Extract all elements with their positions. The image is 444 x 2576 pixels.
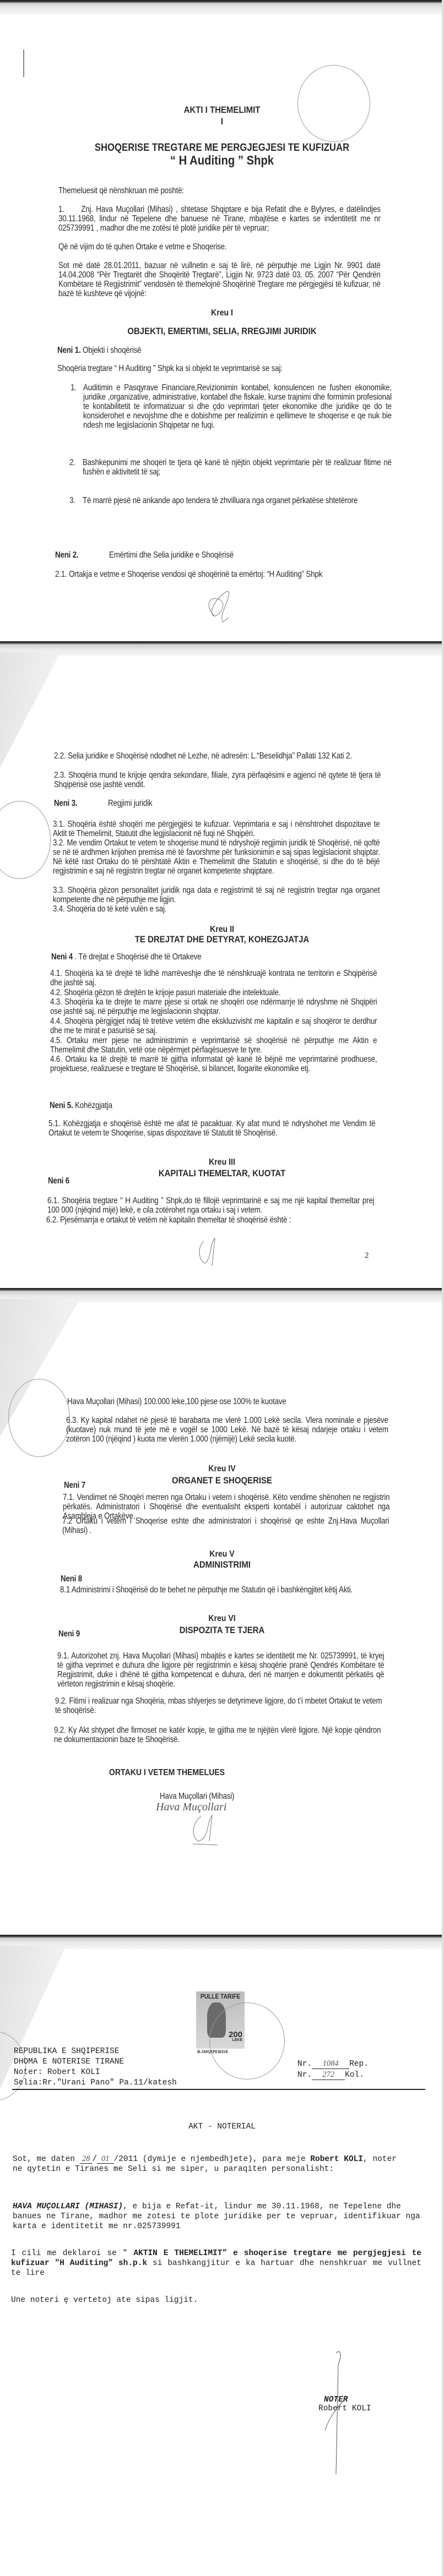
paragraph-8-1: 8.1 Administrimi i Shoqërisë do te behet… xyxy=(60,1585,387,1595)
page-border xyxy=(442,0,444,641)
paragraph-6-3: 6.3. Ky kapital ndahet në pjesë të barab… xyxy=(66,1416,388,1444)
object-item: Bashkepunimi me shoqeri te tjera që kanë… xyxy=(83,458,392,477)
article-title: Kohëzgjatja xyxy=(73,1101,112,1110)
staple-mark xyxy=(23,50,24,77)
page-border xyxy=(442,1935,444,2576)
paragraph-9-3: 9.2. Ky Akt shtypet dhe firmoset ne katë… xyxy=(54,1726,381,1744)
initials-signature xyxy=(193,1230,226,1269)
article-2-label: Neni 2. xyxy=(55,550,84,560)
object-number: 2. xyxy=(69,458,79,467)
notary-stamp xyxy=(297,65,370,142)
declaration: I cili me deklaroi se " AKTIN E THEMELIM… xyxy=(11,2248,421,2278)
chapter-1-title: OBJEKTI, EMERTIMI, SELIA, RREGJIMI JURID… xyxy=(26,326,417,337)
signatory-name: Hava Muçollari (Mihasi) xyxy=(160,1792,302,1801)
intro-text: Sot, me daten xyxy=(13,2155,80,2164)
paragraph-9-1: 9.1. Autorizohet znj. Hava Muçollari (Mi… xyxy=(57,1651,384,1689)
article-1-heading: Neni 1. Objekti i shoqërisë xyxy=(57,346,380,355)
date-month: 01 xyxy=(97,2154,114,2164)
article-7-label: Neni 7 xyxy=(64,1481,111,1490)
article-6-label: Neni 6 xyxy=(48,1176,95,1186)
tax-stamp-title: PULLE TARIFE xyxy=(200,1993,241,2000)
object-number: 1. xyxy=(71,383,80,392)
page-2: 2.2. Selia juridike e Shoqërisë ndodhet … xyxy=(0,641,444,1291)
person-name: HAVA MUÇOLLARI (MIHASI) xyxy=(13,2202,123,2211)
paragraph-2-1: 2.1. Ortakja e vetme e Shoqerise vendosi… xyxy=(55,570,387,579)
preamble: Sot më datë 28.01.2011, bazuar në vullne… xyxy=(58,261,381,298)
paragraph-9-2: 9.2. Fitimi i realizuar nga Shoqëria, mb… xyxy=(55,1696,382,1715)
date-year-text: /2011 (dymije e njembedhjete), para meje xyxy=(114,2155,311,2164)
article-title: . Të drejtat e Shoqërisë dhe të Ortakeve xyxy=(73,952,202,962)
page-4: PULLE TARIFE 200 LEKE R.SHQIPERISE REPUB… xyxy=(0,1935,444,2576)
page-border xyxy=(442,641,444,1291)
article-3-title: Regjimi juridik xyxy=(108,799,297,808)
paragraph-4-5: 4.5. Ortaku merr pjese ne administrimin … xyxy=(50,1036,377,1055)
date-day: 28 xyxy=(80,2154,93,2164)
notary-stamp xyxy=(0,801,51,879)
chapter-4-label: Kreu IV xyxy=(26,1464,417,1474)
notary-stamp xyxy=(209,2002,285,2080)
initials-signature xyxy=(187,1811,231,1849)
page-number: 2 xyxy=(365,1251,369,1260)
article-5-heading: Neni 5. Kohëzgjatja xyxy=(50,1101,376,1110)
person-identification: HAVA MUÇOLLARI (MIHASI), e bija e Refat-… xyxy=(13,2202,423,2231)
paragraph-3-4: 3.4. Shoqëria do të ketë vulën e saj. xyxy=(53,904,380,914)
object-item: Auditimin e Pasqyrave Financiare,Revizio… xyxy=(83,383,392,430)
notarial-act-title: AKT - NOTERIAL xyxy=(0,2122,444,2132)
kol-label: Kol. xyxy=(345,2071,364,2080)
repertory-number: Nr.1084Rep. xyxy=(297,2059,369,2069)
paragraph-5-1: 5.1. Kohëzgjatja e shoqërisë është me af… xyxy=(48,1119,375,1138)
scan-edge xyxy=(0,1935,444,1949)
notary-name: Noter: Robert KOLI xyxy=(14,2067,100,2077)
header-divider xyxy=(12,2089,425,2090)
article-9-label: Neni 9 xyxy=(58,1629,106,1639)
initials-signature xyxy=(198,583,237,633)
paragraph-3-1: 3.1. Shoqëria është shoqëri me përgjegjë… xyxy=(53,820,380,838)
chapter-6-label: Kreu VI xyxy=(26,1614,417,1624)
notary-stamp xyxy=(8,1379,70,1457)
notary-name-bold: Robert KOLI xyxy=(310,2155,363,2164)
object-item: Të marrë pjesë në ankande apo tendera të… xyxy=(83,496,392,505)
signatories-title: ORTAKU I VETEM THEMELUES xyxy=(0,1768,362,1778)
chapter-2-title: TE DREJTAT DHE DETYRAT, KOHEZGJATJA xyxy=(26,934,417,945)
paragraph-3-2: 3.2. Me vendim Ortakut te vetem te shoqe… xyxy=(53,838,380,876)
paragraph-4-3: 4.3. Shoqëria ka te drejte te marre pjes… xyxy=(50,997,377,1016)
document-title-numeral: I xyxy=(26,116,417,127)
nr-label: Nr. xyxy=(297,2071,312,2080)
partner-designation: Që në vijim do të quhen Ortake e vetme e… xyxy=(58,242,381,252)
share-line: Hava Muçollari (Mihasi) 100.000 leke,100… xyxy=(67,1397,389,1406)
article-3-label: Neni 3. xyxy=(54,799,83,808)
page-border xyxy=(442,1288,444,1938)
collection-number: Nr.272Kol. xyxy=(297,2070,364,2080)
article-label: Neni 5. xyxy=(50,1101,73,1110)
chapter-1-label: Kreu I xyxy=(26,308,417,318)
paragraph-6-1: 6.1. Shoqëria tregtare “ H Auditing ” Sh… xyxy=(47,1196,374,1215)
article-label: Neni 4 xyxy=(51,952,73,962)
chapter-5-title: ADMINISTRIMI xyxy=(26,1559,417,1570)
notary-address: Selia:Rr."Urani Pano" Pa.11/katesh xyxy=(14,2078,177,2088)
paragraph-2-3: 2.3. Shoqëria mund te krijoje qendra sek… xyxy=(54,771,381,789)
object-intro: Shoqëria tregtare “ H Auditing ” Shpk ka… xyxy=(57,364,380,373)
paragraph-4-2: 4.2. Shoqëria gëzon të drejtën te krijoj… xyxy=(50,988,377,997)
scan-edge xyxy=(0,0,444,14)
document-subtitle: SHOQERISE TREGTARE ME PERGJEGJESI TE KUF… xyxy=(26,142,417,154)
founder-details: Znj. Hava Muçollari (Mihasi) , shtetase … xyxy=(58,205,381,233)
chapter-5-label: Kreu V xyxy=(26,1549,417,1559)
object-number: 3. xyxy=(69,496,79,505)
intro-text: Themeluesit që nënshkruan më poshtë: xyxy=(58,186,381,195)
page-3: Hava Muçollari (Mihasi) 100.000 leke,100… xyxy=(0,1288,444,1938)
page-fold-shadow xyxy=(0,652,61,768)
chapter-2-label: Kreu II xyxy=(26,925,417,935)
kol-number-value: 272 xyxy=(312,2070,345,2080)
rep-number-value: 1084 xyxy=(312,2059,349,2069)
certification: Une noteri ę vertetoj ate sipas ligjit. xyxy=(11,2295,397,2305)
notary-header-line-2: DHOMA E NOTERISE TIRANE xyxy=(14,2057,124,2067)
paragraph-6-2: 6.2. Pjesëmarrja e ortakut të vetëm në k… xyxy=(46,1215,373,1225)
paragraph-7-2: 7.2 Ortaku i vetem i Shoqerise eshte dhe… xyxy=(62,1516,389,1535)
article-2-title: Emërtimi dhe Selia juridike e Shoqërisë xyxy=(109,550,346,560)
scan-edge xyxy=(0,641,444,656)
article-label: Neni 1. xyxy=(57,346,81,355)
company-name: “ H Auditing ” Shpk xyxy=(26,153,417,168)
paragraph-4-6: 4.6. Ortaku ka të drejtë të marrë të gji… xyxy=(50,1055,377,1073)
chapter-3-label: Kreu III xyxy=(26,1158,417,1167)
notarial-intro: Sot, me daten 28/01/2011 (dymije e njemb… xyxy=(13,2154,398,2174)
paragraph-3-3: 3.3. Shoqëria gëzon personalitet juridik… xyxy=(53,886,380,904)
paragraph-4-1: 4.1. Shoqëria ka të drejtë të lidhë marr… xyxy=(50,969,377,987)
paragraph-4-4: 4.4. Shoqëria përgjigjet ndaj të tretëve… xyxy=(50,1017,377,1035)
declaration-text: I cili me deklaroi se " xyxy=(11,2249,133,2258)
nr-label: Nr. xyxy=(297,2060,312,2069)
article-title: Objekti i shoqërisë xyxy=(81,346,142,355)
rep-label: Rep. xyxy=(349,2060,369,2069)
paragraph-2-2: 2.2. Selia juridike e Shoqërisë ndodhet … xyxy=(54,751,381,761)
page-1: AKTI I THEMELIMIT I SHOQERISE TREGTARE M… xyxy=(0,0,444,641)
article-4-heading: Neni 4 . Të drejtat e Shoqërisë dhe të O… xyxy=(51,952,378,962)
article-8-label: Neni 8 xyxy=(61,1574,108,1584)
document-title: AKTI I THEMELIMIT xyxy=(26,105,417,116)
notary-header-line-1: REPUBLIKA E SHQIPERISE xyxy=(14,2046,119,2056)
notary-signature xyxy=(320,2348,353,2480)
